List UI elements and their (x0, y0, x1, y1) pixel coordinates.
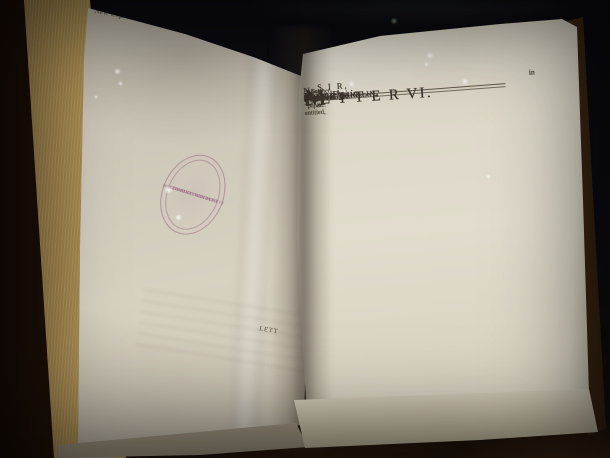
glare-spot (118, 81, 123, 86)
glare-spot (175, 214, 182, 221)
glare-spot (426, 52, 434, 59)
glare-spot (348, 81, 355, 87)
book-gutter-shadow (270, 28, 332, 452)
catchword-right: in (529, 67, 535, 76)
glare-spot (486, 174, 491, 179)
glare-spot (424, 62, 429, 67)
glare-spot (461, 78, 469, 85)
library-stamp: MEMORIAL LIBRARY INTERNATIONAL ELECTRICA… (149, 147, 236, 243)
glare-spot (94, 95, 98, 99)
glare-spot (390, 18, 398, 24)
glare-spot (343, 89, 348, 94)
photo-open-book-display-case: 86 New Experiments and the glaſs, and ma… (0, 0, 610, 458)
right-page-text-block: L E T T E R VI. F R O M Benj. Franklin, … (303, 69, 543, 84)
glare-spot (114, 68, 121, 75)
library-stamp-inner-ring: MEMORIAL LIBRARY INTERNATIONAL ELECTRICA… (156, 153, 230, 236)
glass-reflection-band (250, 0, 580, 26)
glare-spot (164, 186, 173, 194)
